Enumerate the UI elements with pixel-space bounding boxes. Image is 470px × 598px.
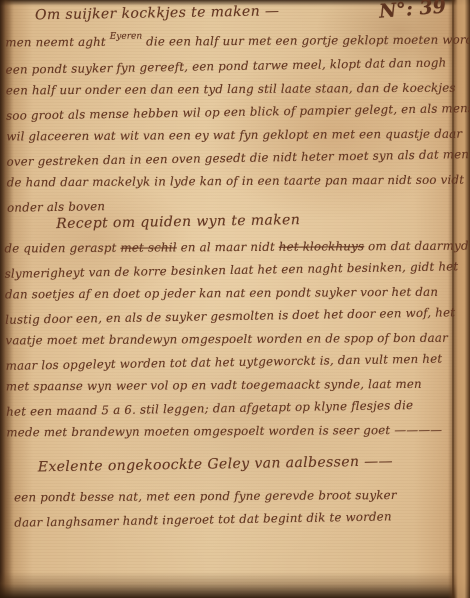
recipe-title: Recept om quiden wyn te maken xyxy=(56,206,456,236)
struck-through-words: het klockhuys xyxy=(279,239,364,254)
line-text: om dat daarmydt xyxy=(364,239,470,254)
recipe-line: mede met brandewyn moeten omgespoelt wor… xyxy=(6,419,458,445)
recipe-title: Om suijker kockkjes te maken — xyxy=(35,0,455,27)
line-text: men neemt aght xyxy=(5,35,106,50)
line-text: en al maar nidt xyxy=(177,240,279,255)
handwritten-text-layer: N°: 39 Om suijker kockkjes te maken — me… xyxy=(0,0,470,598)
line-text: die een half uur met een gortje geklopt … xyxy=(146,33,470,49)
recipe-currant-jelly: Exelente ongekoockte Geley van aalbessen… xyxy=(14,451,460,534)
line-text: de quiden geraspt xyxy=(4,241,120,256)
recipe-quince-wine: Recept om quiden wyn te maken de quiden … xyxy=(4,208,458,446)
recipe-sugar-cookies: Om suijker kockkjes te maken — men neemt… xyxy=(5,0,457,218)
inserted-word-above-line: Eyeren xyxy=(110,32,142,42)
recipe-title: Exelente ongekoockte Geley van aalbessen… xyxy=(38,449,459,479)
manuscript-page-scan: N°: 39 Om suijker kockkjes te maken — me… xyxy=(0,0,470,598)
struck-through-words: met schil xyxy=(120,240,176,254)
